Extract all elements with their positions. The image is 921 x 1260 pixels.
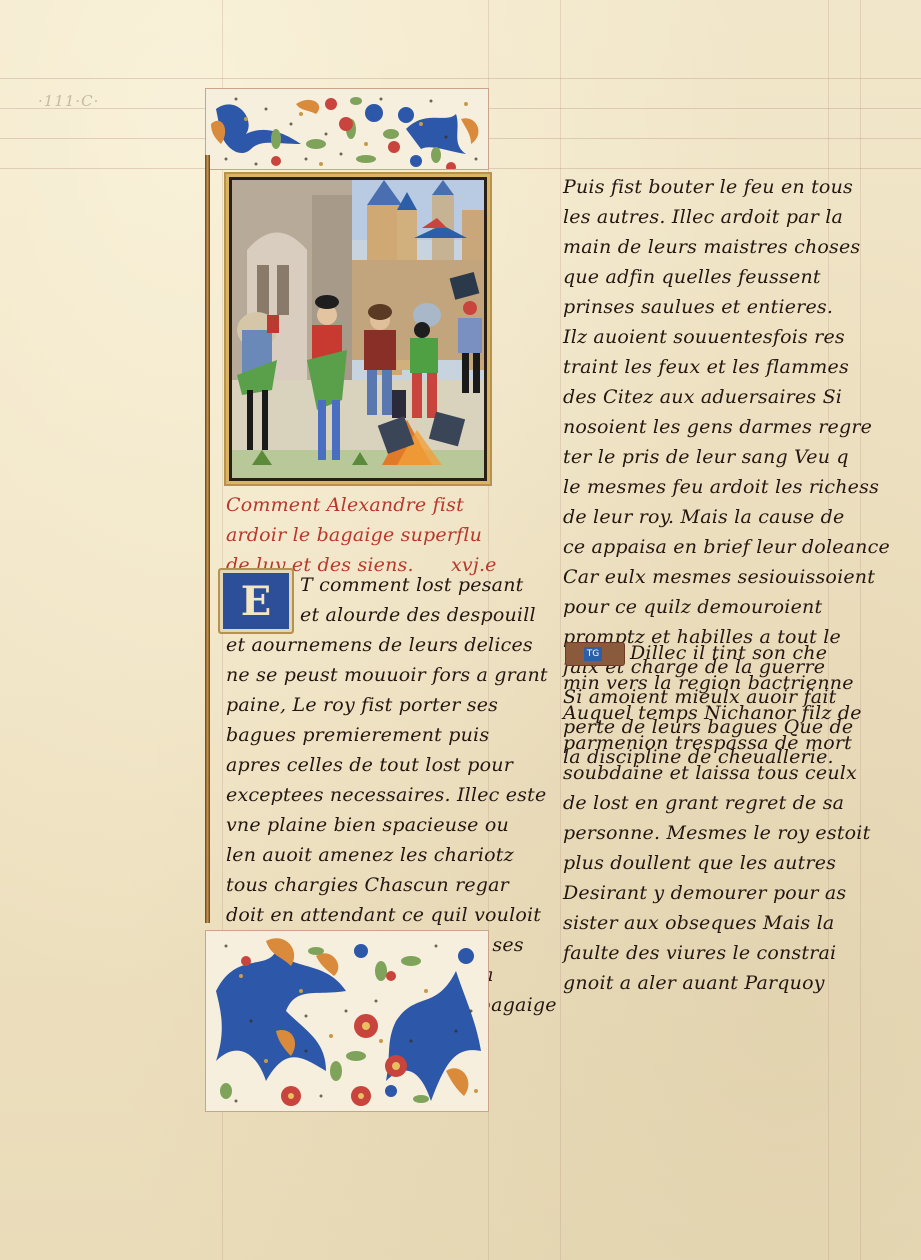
text-line: Ilz auoient souuentesfois res [563, 322, 890, 352]
text-line: Car eulx mesmes sesiouissoient [563, 562, 890, 592]
text-line: tous chargies Chascun regar [226, 870, 557, 900]
text-line: des Citez aux aduersaires Si [563, 382, 890, 412]
right-column-text-b: min vers la region bactrienne Auquel tem… [563, 668, 870, 998]
text-line: Desirant y demourer pour as [563, 878, 870, 908]
text-line: traint les feux et les flammes [563, 352, 890, 382]
rubric-heading: Comment Alexandre fist ardoir le bagaige… [226, 490, 482, 580]
initial-badge: TG [584, 647, 602, 661]
text-line: bagues premierement puis [226, 720, 557, 750]
text-line: Auquel temps Nichanor filz de [563, 698, 870, 728]
text-line: et aournemens de leurs delices [226, 630, 557, 660]
rubric-line: ardoir le bagaige superflu [226, 520, 482, 550]
text-line: ce appaisa en brief leur doleance [563, 532, 890, 562]
text-line: ne se peust mouuoir fors a grant [226, 660, 557, 690]
ruling-line [560, 0, 561, 1260]
text-line: de lost en grant regret de sa [563, 788, 870, 818]
foliation-mark: ·111·C· [38, 92, 99, 110]
text-line: vne plaine bien spacieuse ou [226, 810, 557, 840]
decorated-initial-d: TG [565, 642, 625, 666]
acanthus-foliage-icon [206, 89, 488, 169]
text-line: plus doullent que les autres [563, 848, 870, 878]
text-line: les autres. Illec ardoit par la [563, 202, 890, 232]
text-line: T comment lost pesant [300, 570, 536, 600]
text-line: ter le pris de leur sang Veu q [563, 442, 890, 472]
text-line: Dillec il tint son che [630, 638, 827, 668]
rubric-line: Comment Alexandre fist [226, 490, 482, 520]
right-column-text-b-start: Dillec il tint son che [630, 638, 827, 668]
text-line: soubdaine et laissa tous ceulx [563, 758, 870, 788]
text-line: len auoit amenez les chariotz [226, 840, 557, 870]
text-line: apres celles de tout lost pour [226, 750, 557, 780]
text-line: nosoient les gens darmes regre [563, 412, 890, 442]
illuminated-initial: E [218, 568, 294, 634]
text-line: faulte des viures le constrai [563, 938, 870, 968]
miniature-scene-icon [232, 180, 484, 478]
ruling-line [0, 78, 921, 79]
text-line: prinses saulues et entieres. [563, 292, 890, 322]
text-line: exceptees necessaires. Illec este [226, 780, 557, 810]
initial-letter: E [220, 570, 292, 632]
bottom-floral-border [205, 930, 489, 1112]
text-line: gnoit a aler auant Parquoy [563, 968, 870, 998]
miniature-painting [224, 172, 492, 486]
text-line: et alourde des despouill [300, 600, 536, 630]
text-line: le mesmes feu ardoit les richess [563, 472, 890, 502]
text-line: main de leurs maistres choses [563, 232, 890, 262]
text-line: que adfin quelles feussent [563, 262, 890, 292]
text-line: doit en attendant ce quil vouloit [226, 900, 557, 930]
gold-border-bar [205, 155, 210, 923]
left-column-text-start: T comment lost pesant et alourde des des… [300, 570, 536, 630]
text-line: pour ce quilz demouroient [563, 592, 890, 622]
text-line: de leur roy. Mais la cause de [563, 502, 890, 532]
text-line: sister aux obseques Mais la [563, 908, 870, 938]
text-line: personne. Mesmes le roy estoit [563, 818, 870, 848]
text-line: paine, Le roy fist porter ses [226, 690, 557, 720]
acanthus-foliage-icon [206, 931, 488, 1111]
text-line: parmenion trespassa de mort [563, 728, 870, 758]
manuscript-folio: ·111·C· [0, 0, 921, 1260]
text-line: min vers la region bactrienne [563, 668, 870, 698]
top-floral-border [205, 88, 489, 170]
text-line: Puis fist bouter le feu en tous [563, 172, 890, 202]
